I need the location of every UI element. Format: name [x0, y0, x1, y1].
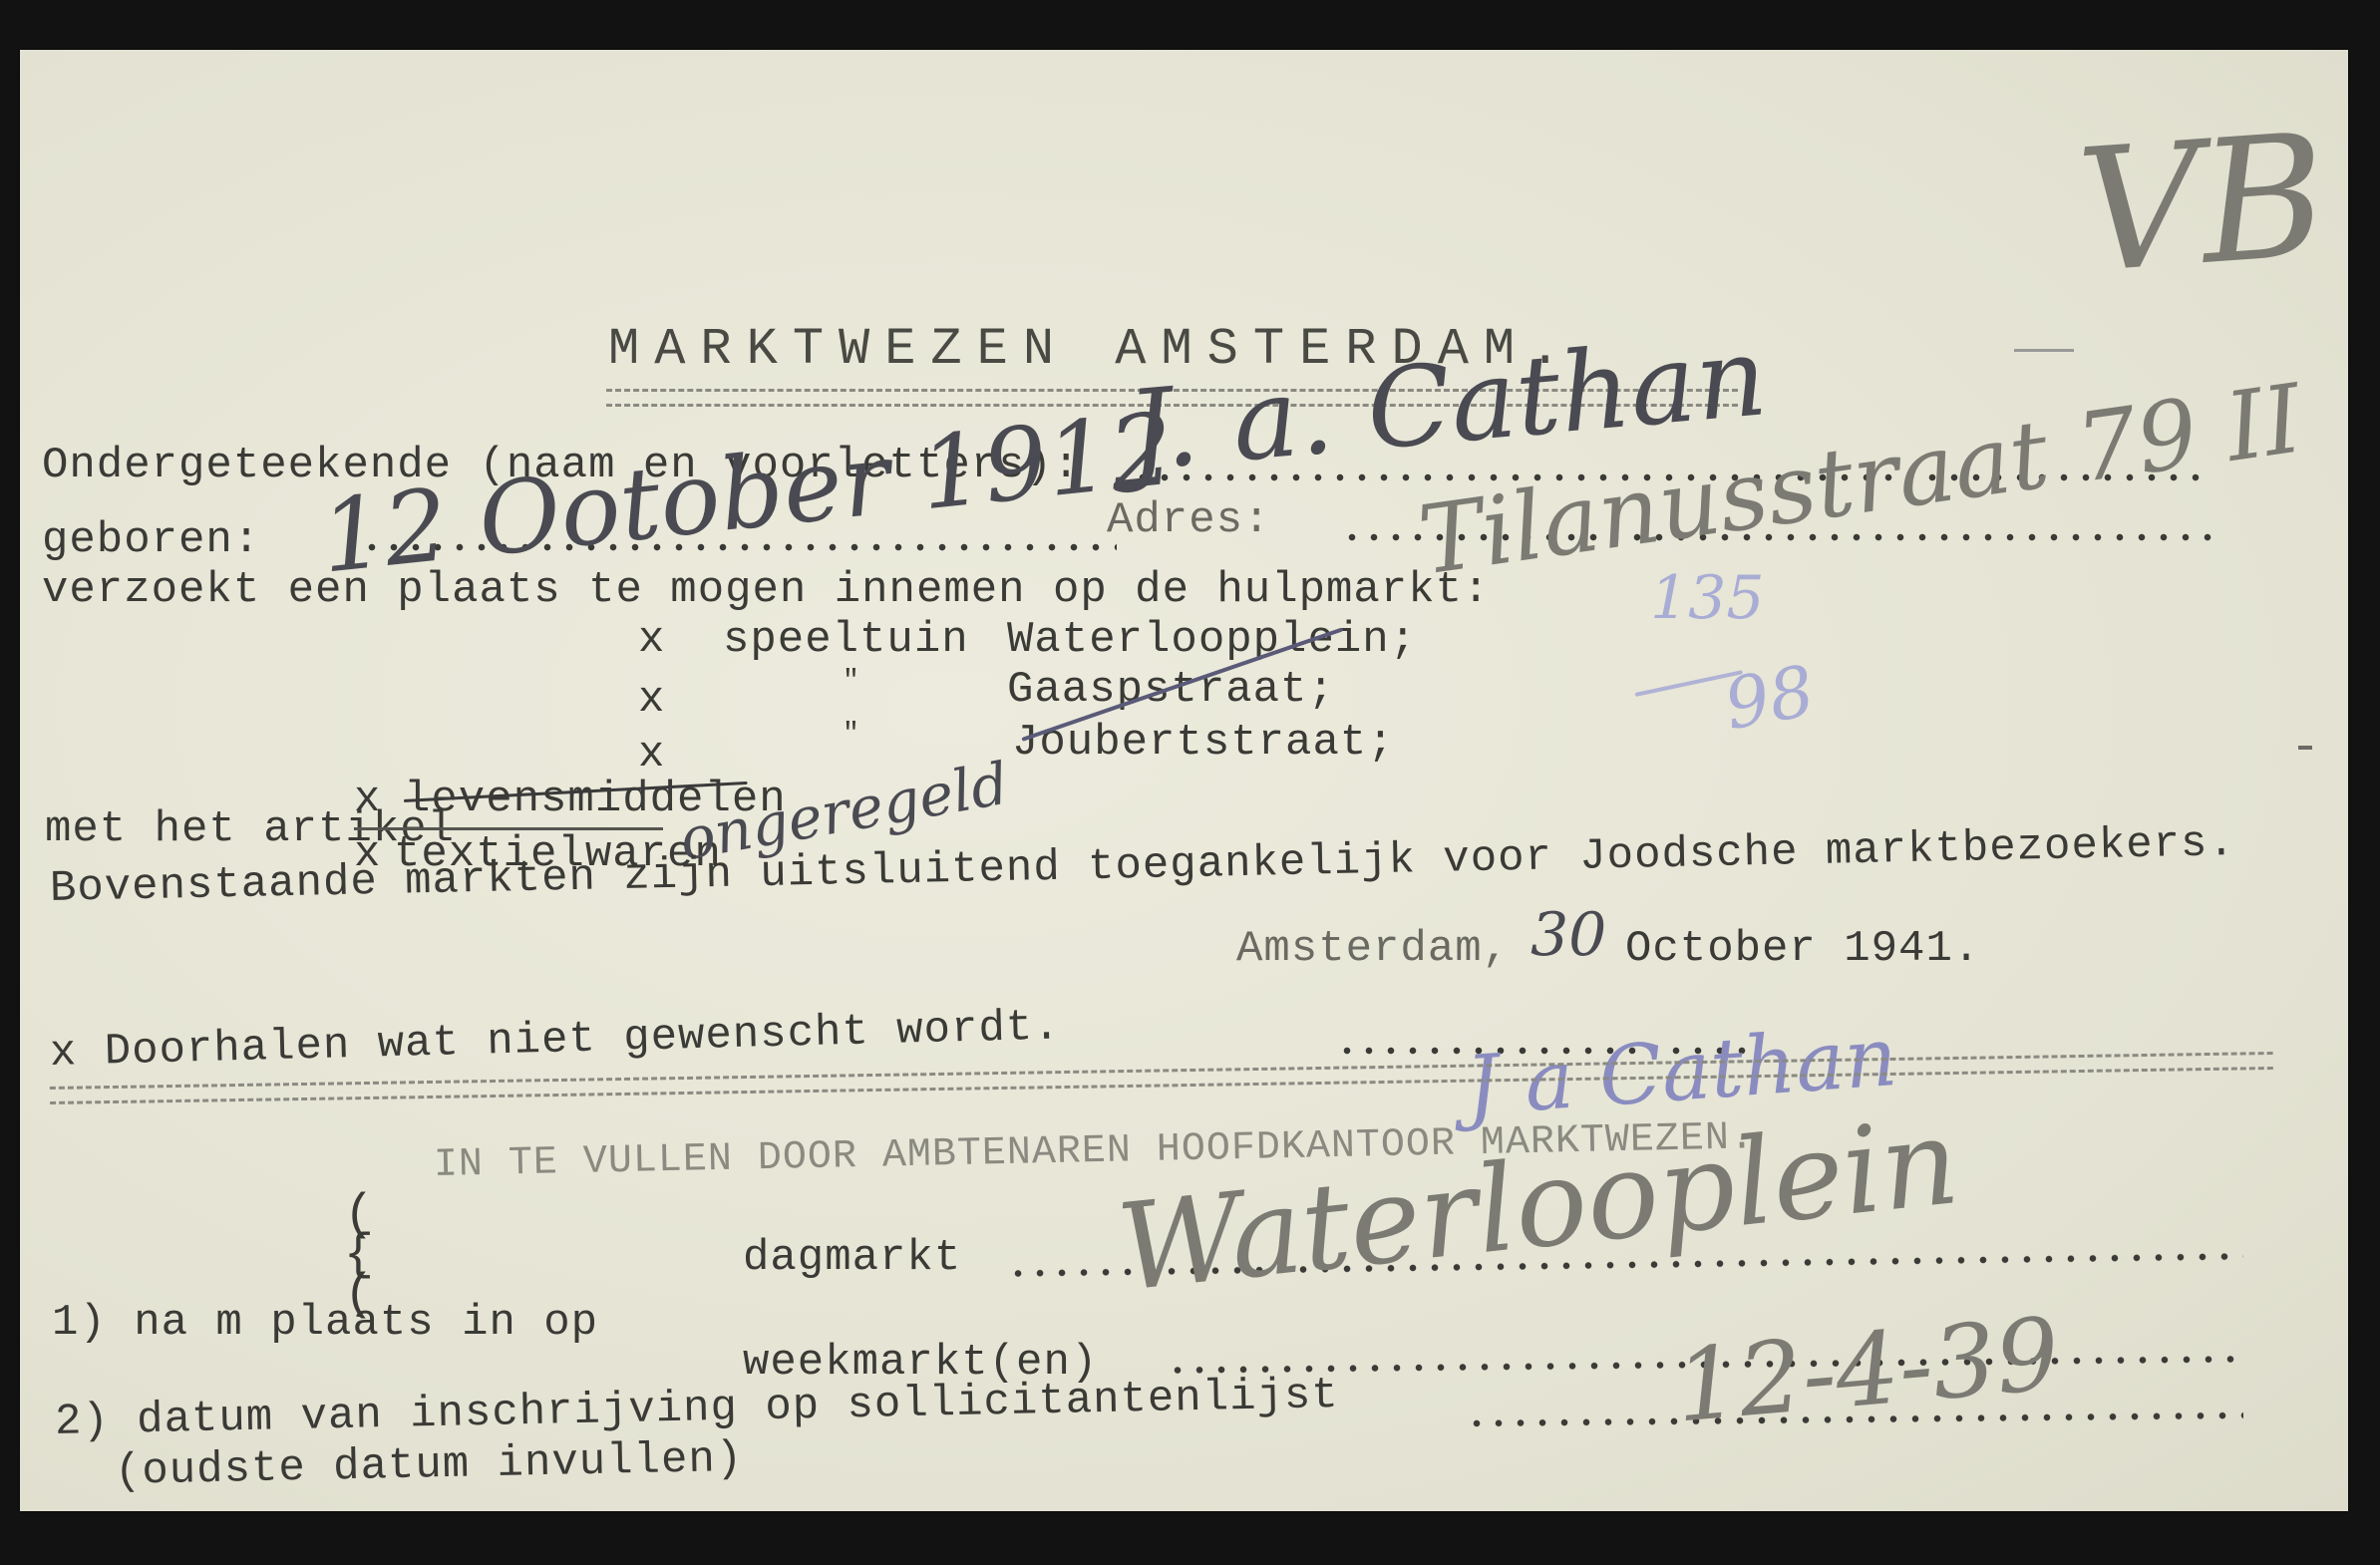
- market-option-prefix: speeltuin: [723, 618, 969, 662]
- option-dagmarkt: dagmarkt: [743, 1236, 961, 1280]
- pencil-number-top: 135: [1650, 568, 1765, 628]
- born-handwritten: 12 Ootober 1912: [316, 399, 1179, 587]
- address-label: Adres:: [1107, 498, 1270, 542]
- market-option-place: Waterloopplein;: [1007, 618, 1417, 662]
- request-intro: verzoekt een plaats te mogen innemen op …: [42, 568, 1490, 612]
- footnote-text: x Doorhalen wat niet gewenscht wordt.: [49, 1005, 1061, 1076]
- edge-mark: [2298, 746, 2312, 750]
- market-option-mark: x: [638, 618, 665, 662]
- place-label: Amsterdam,: [1236, 927, 1510, 971]
- born-label: geboren:: [42, 518, 260, 562]
- article-option-mark: x: [354, 778, 381, 821]
- market-permit-card: VB MARKTWEZEN AMSTERDAM. Ondergeteekende…: [20, 50, 2348, 1511]
- item1-label: 1) na m plaats in op: [52, 1301, 598, 1345]
- date-rest: October 1941.: [1625, 927, 1980, 971]
- date-day-handwritten: 30: [1530, 905, 1606, 965]
- market-option-mark: x: [638, 733, 665, 777]
- item2-note: (oudste datum invullen): [115, 1437, 744, 1494]
- pencil-mark: [2014, 349, 2074, 352]
- pencil-number-bottom: 98: [1720, 656, 1820, 740]
- item2-label: 2) datum van inschrijving op sollicitant…: [55, 1374, 1340, 1444]
- corner-initials: VB: [2073, 112, 2331, 298]
- market-option-mark: x: [638, 678, 665, 722]
- ditto-mark: ": [843, 721, 860, 749]
- ditto-mark: ": [843, 668, 860, 696]
- market-option-place: Joubertstraat;: [1012, 721, 1395, 765]
